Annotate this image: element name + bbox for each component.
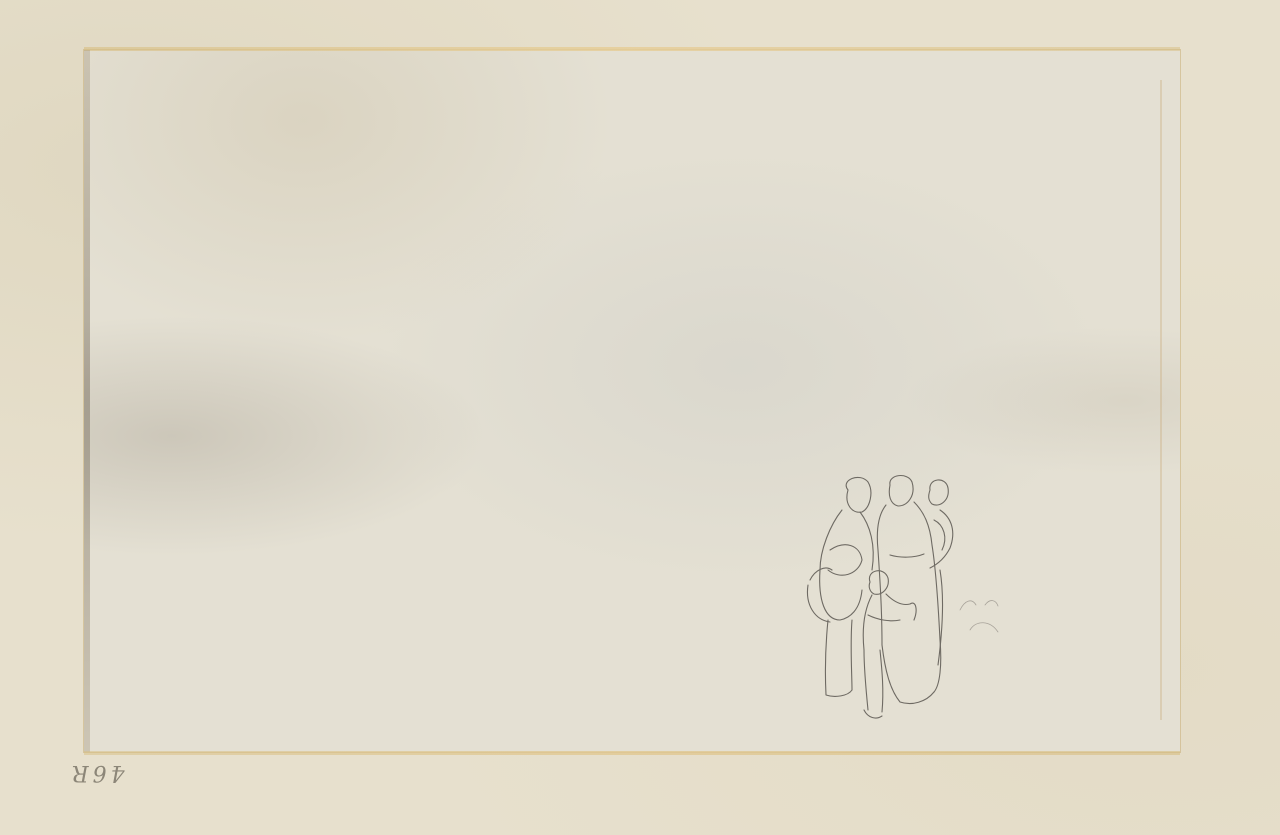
- fold-line: [1160, 80, 1162, 720]
- figure-group-sketch: [790, 470, 1030, 730]
- mount-board: 46R: [0, 0, 1280, 835]
- catalogue-inscription: 46R: [68, 760, 125, 785]
- foxing-stain: [84, 50, 90, 752]
